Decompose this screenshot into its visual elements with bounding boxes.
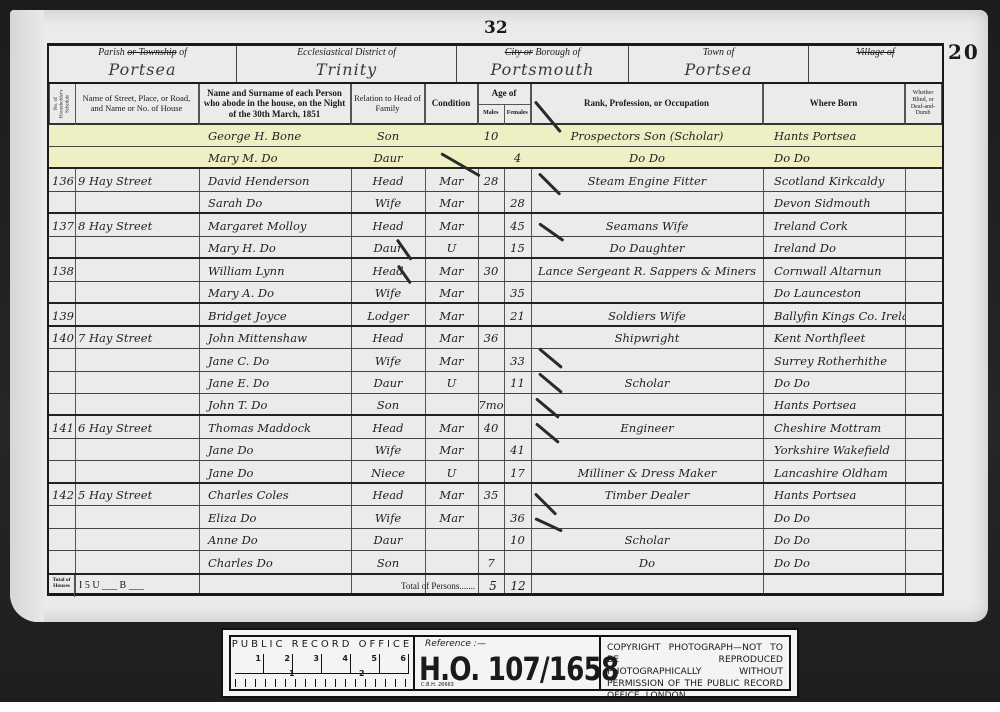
cell-schedule <box>49 529 75 551</box>
table-row: Eliza DoWifeMar36Do Do <box>49 507 942 529</box>
cell-age-male: 28 <box>478 170 504 192</box>
cell-schedule <box>49 372 75 394</box>
cell-occupation <box>531 507 763 529</box>
table-row: 139Bridget JoyceLodgerMar21Soldiers Wife… <box>49 305 942 327</box>
cell-relation: Son <box>351 125 425 147</box>
cell-age-female: 11 <box>504 372 531 394</box>
cell-schedule: 138 <box>49 260 75 282</box>
cell-occupation: Timber Dealer <box>531 484 763 506</box>
cell-age-female <box>504 552 531 574</box>
cell-occupation: Milliner & Dress Maker <box>531 462 763 484</box>
cell-schedule: 140 <box>49 327 75 349</box>
total-males: 5 <box>481 575 505 597</box>
cell-street <box>75 237 199 259</box>
cell-where-born: Ireland Cork <box>771 215 905 237</box>
header-field-label: Village of <box>809 47 942 58</box>
column-header-street: Name of Street, Place, or Road, and Name… <box>75 84 199 123</box>
header-field: Town ofPortsea <box>629 46 809 82</box>
header-field-value: Portsea <box>49 60 236 79</box>
cell-where-born: Scotland Kirkcaldy <box>771 170 905 192</box>
cell-age-male <box>478 462 504 484</box>
bottom-margin <box>0 702 1000 712</box>
struck-text: City or <box>505 47 533 58</box>
cell-age-female <box>504 484 531 506</box>
cell-relation: Head <box>351 260 425 282</box>
cell-condition <box>425 529 478 551</box>
cell-age-female <box>504 417 531 439</box>
cell-street <box>75 507 199 529</box>
cell-schedule <box>49 439 75 461</box>
cell-condition: Mar <box>425 484 478 506</box>
cell-age-female: 15 <box>504 237 531 259</box>
archive-stamp: PUBLIC RECORD OFFICE 123456 12 Reference… <box>221 628 799 698</box>
header-field: Village of <box>809 46 942 82</box>
header-field-value: Trinity <box>237 60 456 79</box>
cell-occupation: Steam Engine Fitter <box>531 170 763 192</box>
cell-schedule <box>49 282 75 304</box>
cell-schedule <box>49 552 75 574</box>
cell-street <box>75 372 199 394</box>
cell-name: Jane C. Do <box>205 350 351 372</box>
cell-occupation: Do <box>531 552 763 574</box>
cell-name: Jane E. Do <box>205 372 351 394</box>
struck-text: Village of <box>856 47 894 58</box>
cell-relation: Wife <box>351 507 425 529</box>
cell-street <box>75 439 199 461</box>
cell-street <box>75 192 199 214</box>
cell-street <box>75 125 199 147</box>
cell-age-female <box>504 125 531 147</box>
table-row: Anne DoDaur10ScholarDo Do <box>49 529 942 551</box>
cell-age-male <box>478 372 504 394</box>
cell-street: 5 Hay Street <box>75 484 199 506</box>
cell-age-female <box>504 394 531 416</box>
cell-occupation: Lance Sergeant R. Sappers & Miners <box>531 260 763 282</box>
table-row: Mary A. DoWifeMar35Do Launceston <box>49 282 942 304</box>
cell-street <box>75 305 199 327</box>
ruler-cm-mark: 1 <box>289 669 295 678</box>
totals-row: Total of Houses I 5 U ___ B ___ Total of… <box>49 573 942 595</box>
total-females: 12 <box>505 575 531 597</box>
cell-occupation <box>531 282 763 304</box>
cell-name: Margaret Molloy <box>205 215 351 237</box>
cell-where-born: Cheshire Mottram <box>771 417 905 439</box>
cell-name: Jane Do <box>205 439 351 461</box>
column-header-condition: Condition <box>425 84 478 123</box>
cell-relation: Niece <box>351 462 425 484</box>
cell-occupation: Shipwright <box>531 327 763 349</box>
cell-age-female <box>504 327 531 349</box>
table-row: Jane DoNieceU17Milliner & Dress MakerLan… <box>49 462 942 484</box>
cell-condition <box>425 125 478 147</box>
cell-age-female: 28 <box>504 192 531 214</box>
cell-name: Mary H. Do <box>205 237 351 259</box>
reference-code: C.B.H. 26663 <box>421 682 454 688</box>
column-header-relation: Relation to Head of Family <box>351 84 425 123</box>
total-houses-label: Total of Houses <box>49 575 75 597</box>
column-header-name: Name and Surname of each Person who abod… <box>199 84 351 123</box>
cell-age-male: 7mo <box>478 394 504 416</box>
cell-age-female: 45 <box>504 215 531 237</box>
cell-name: Jane Do <box>205 462 351 484</box>
cell-where-born: Do Do <box>771 529 905 551</box>
cell-where-born: Do Do <box>771 507 905 529</box>
cell-schedule <box>49 125 75 147</box>
cell-age-male <box>478 147 504 169</box>
cell-name: Mary M. Do <box>205 147 351 169</box>
cell-occupation: Scholar <box>531 372 763 394</box>
cell-condition: U <box>425 462 478 484</box>
ruler-cm: 12 <box>235 669 409 687</box>
cell-where-born: Kent Northfleet <box>771 327 905 349</box>
cell-age-male <box>478 507 504 529</box>
cell-age-female: 33 <box>504 350 531 372</box>
cell-condition: Mar <box>425 282 478 304</box>
table-row: Sarah DoWifeMar28Devon Sidmouth <box>49 192 942 214</box>
struck-text: or Township <box>127 47 176 58</box>
cell-relation: Wife <box>351 192 425 214</box>
cell-age-female: 10 <box>504 529 531 551</box>
column-header-born: Where Born <box>763 84 905 123</box>
cell-age-female: 41 <box>504 439 531 461</box>
table-row: John T. DoSon7moHants Portsea <box>49 394 942 416</box>
reference-box: Reference :— H.O. 107/1658 C.B.H. 26663 <box>415 637 601 689</box>
cell-condition <box>425 552 478 574</box>
cell-relation: Daur <box>351 147 425 169</box>
cell-street <box>75 529 199 551</box>
cell-relation: Wife <box>351 439 425 461</box>
column-header-occupation: Rank, Profession, or Occupation <box>531 84 763 123</box>
header-field-label: Ecclesiastical District of <box>237 47 456 58</box>
table-row: 1416 Hay StreetThomas MaddockHeadMar40En… <box>49 417 942 439</box>
column-header-schedule: No. of Householder's Schedule <box>49 84 75 123</box>
cell-condition: Mar <box>425 507 478 529</box>
cell-schedule: 139 <box>49 305 75 327</box>
cell-age-male: 7 <box>478 552 504 574</box>
cell-name: Eliza Do <box>205 507 351 529</box>
cell-street: 9 Hay Street <box>75 170 199 192</box>
cell-age-male: 35 <box>478 484 504 506</box>
cell-where-born: Surrey Rotherhithe <box>771 350 905 372</box>
cell-condition: Mar <box>425 327 478 349</box>
cell-age-female: 4 <box>504 147 531 169</box>
cell-street <box>75 462 199 484</box>
cell-relation: Son <box>351 394 425 416</box>
cell-name: William Lynn <box>205 260 351 282</box>
table-row: 138William LynnHeadMar30Lance Sergeant R… <box>49 260 942 282</box>
cell-schedule <box>49 192 75 214</box>
cell-schedule: 141 <box>49 417 75 439</box>
cell-relation: Wife <box>351 350 425 372</box>
table-row: Jane E. DoDaurU11ScholarDo Do <box>49 372 942 394</box>
total-houses-value: I 5 U ___ B ___ <box>79 575 144 597</box>
cell-occupation <box>531 439 763 461</box>
cell-condition: Mar <box>425 439 478 461</box>
cell-relation: Daur <box>351 237 425 259</box>
cell-occupation <box>531 394 763 416</box>
cell-age-male: 40 <box>478 417 504 439</box>
cell-street <box>75 350 199 372</box>
column-header-blind: Whether Blind, or Deaf-and-Dumb <box>905 84 942 123</box>
cell-condition: Mar <box>425 350 478 372</box>
cell-age-male <box>478 215 504 237</box>
header-field: City or Borough ofPortsmouth <box>457 46 629 82</box>
cell-schedule: 142 <box>49 484 75 506</box>
table-row: Charles DoSon7DoDo Do <box>49 552 942 574</box>
census-table: No. of Householder's ScheduleName of Str… <box>47 82 944 596</box>
cell-relation: Head <box>351 484 425 506</box>
cell-age-male: 30 <box>478 260 504 282</box>
cell-where-born: Hants Portsea <box>771 125 905 147</box>
cell-street: 7 Hay Street <box>75 327 199 349</box>
cell-condition: Mar <box>425 170 478 192</box>
cell-condition: Mar <box>425 192 478 214</box>
cell-condition: Mar <box>425 260 478 282</box>
cell-condition: Mar <box>425 305 478 327</box>
cell-age-male: 36 <box>478 327 504 349</box>
header-field-value: Portsea <box>629 60 808 79</box>
cell-age-male <box>478 439 504 461</box>
cell-schedule <box>49 507 75 529</box>
cell-where-born: Do Do <box>771 552 905 574</box>
cell-relation: Son <box>351 552 425 574</box>
cell-condition: Mar <box>425 215 478 237</box>
cell-where-born: Do Launceston <box>771 282 905 304</box>
pro-ruler-box: PUBLIC RECORD OFFICE 123456 12 <box>231 637 415 689</box>
cell-age-male: 10 <box>478 125 504 147</box>
header-field-label: Parish or Township of <box>49 47 236 58</box>
cell-street: 8 Hay Street <box>75 215 199 237</box>
cell-where-born: Ireland Do <box>771 237 905 259</box>
cell-street <box>75 394 199 416</box>
header-field-label: Town of <box>629 47 808 58</box>
pro-title: PUBLIC RECORD OFFICE <box>231 637 413 650</box>
cell-relation: Wife <box>351 282 425 304</box>
cell-occupation: Prospectors Son (Scholar) <box>531 125 763 147</box>
cell-relation: Head <box>351 417 425 439</box>
cell-where-born: Hants Portsea <box>771 394 905 416</box>
cell-where-born: Do Do <box>771 147 905 169</box>
cell-occupation: Seamans Wife <box>531 215 763 237</box>
page-edge-shade <box>10 10 44 622</box>
cell-name: David Henderson <box>205 170 351 192</box>
cell-where-born: Lancashire Oldham <box>771 462 905 484</box>
cell-schedule: 136 <box>49 170 75 192</box>
cell-street <box>75 147 199 169</box>
table-row: 1407 Hay StreetJohn MittenshawHeadMar36S… <box>49 327 942 349</box>
cell-where-born: Hants Portsea <box>771 484 905 506</box>
cell-where-born: Ballyfin Kings Co. Ireland <box>771 305 905 327</box>
table-row: 1425 Hay StreetCharles ColesHeadMar35Tim… <box>49 484 942 506</box>
cell-relation: Lodger <box>351 305 425 327</box>
cell-schedule <box>49 147 75 169</box>
cell-occupation: Do Daughter <box>531 237 763 259</box>
cell-schedule <box>49 237 75 259</box>
cell-age-female: 35 <box>504 282 531 304</box>
header-field-value: Portsmouth <box>457 60 628 79</box>
cell-relation: Daur <box>351 372 425 394</box>
header-field: Parish or Township ofPortsea <box>49 46 237 82</box>
cell-condition: U <box>425 237 478 259</box>
cell-age-male <box>478 350 504 372</box>
cell-occupation: Scholar <box>531 529 763 551</box>
cell-name: Bridget Joyce <box>205 305 351 327</box>
cell-age-male <box>478 282 504 304</box>
header-field: Ecclesiastical District ofTrinity <box>237 46 457 82</box>
cell-occupation: Soldiers Wife <box>531 305 763 327</box>
enumeration-header: Parish or Township ofPortseaEcclesiastic… <box>47 43 944 82</box>
cell-street: 6 Hay Street <box>75 417 199 439</box>
table-row: Jane C. DoWifeMar33Surrey Rotherhithe <box>49 350 942 372</box>
cell-age-male <box>478 529 504 551</box>
cell-street <box>75 260 199 282</box>
table-row: 1378 Hay StreetMargaret MolloyHeadMar45S… <box>49 215 942 237</box>
cell-schedule: 137 <box>49 215 75 237</box>
cell-age-male <box>478 192 504 214</box>
cell-name: Anne Do <box>205 529 351 551</box>
sheet-number: 20 <box>948 40 980 64</box>
cell-schedule <box>49 394 75 416</box>
cell-occupation: Do Do <box>531 147 763 169</box>
cell-where-born: Yorkshire Wakefield <box>771 439 905 461</box>
cell-schedule <box>49 462 75 484</box>
copyright-notice: COPYRIGHT PHOTOGRAPH—NOT TO BE REPRODUCE… <box>601 637 789 689</box>
cell-condition: Mar <box>425 417 478 439</box>
cell-condition: U <box>425 372 478 394</box>
cell-street <box>75 552 199 574</box>
cell-age-female <box>504 260 531 282</box>
cell-street <box>75 282 199 304</box>
cell-where-born: Cornwall Altarnun <box>771 260 905 282</box>
cell-name: Thomas Maddock <box>205 417 351 439</box>
table-row: Mary M. DoDaur4Do DoDo Do <box>49 147 942 169</box>
cell-occupation <box>531 350 763 372</box>
cell-name: Sarah Do <box>205 192 351 214</box>
cell-condition <box>425 394 478 416</box>
ruler-cm-mark: 2 <box>359 669 365 678</box>
cell-age-female: 17 <box>504 462 531 484</box>
cell-relation: Head <box>351 170 425 192</box>
cell-name: John T. Do <box>205 394 351 416</box>
cell-name: Charles Coles <box>205 484 351 506</box>
cell-age-male <box>478 237 504 259</box>
table-row: Mary H. DoDaurU15Do DaughterIreland Do <box>49 237 942 259</box>
table-row: 1369 Hay StreetDavid HendersonHeadMar28S… <box>49 170 942 192</box>
cell-relation: Daur <box>351 529 425 551</box>
cell-relation: Head <box>351 327 425 349</box>
cell-name: Charles Do <box>205 552 351 574</box>
table-row: Jane DoWifeMar41Yorkshire Wakefield <box>49 439 942 461</box>
cell-age-female: 21 <box>504 305 531 327</box>
cell-age-female: 36 <box>504 507 531 529</box>
cell-age-male <box>478 305 504 327</box>
cell-relation: Head <box>351 215 425 237</box>
cell-where-born: Devon Sidmouth <box>771 192 905 214</box>
cell-age-female <box>504 170 531 192</box>
cell-schedule <box>49 350 75 372</box>
total-persons-label: Total of Persons....... <box>401 575 475 597</box>
cell-name: John Mittenshaw <box>205 327 351 349</box>
table-row: George H. BoneSon10Prospectors Son (Scho… <box>49 125 942 147</box>
folio-number: 32 <box>484 18 508 38</box>
cell-name: George H. Bone <box>205 125 351 147</box>
header-field-label: City or Borough of <box>457 47 628 58</box>
cell-occupation: Engineer <box>531 417 763 439</box>
cell-name: Mary A. Do <box>205 282 351 304</box>
cell-where-born: Do Do <box>771 372 905 394</box>
cell-occupation <box>531 192 763 214</box>
